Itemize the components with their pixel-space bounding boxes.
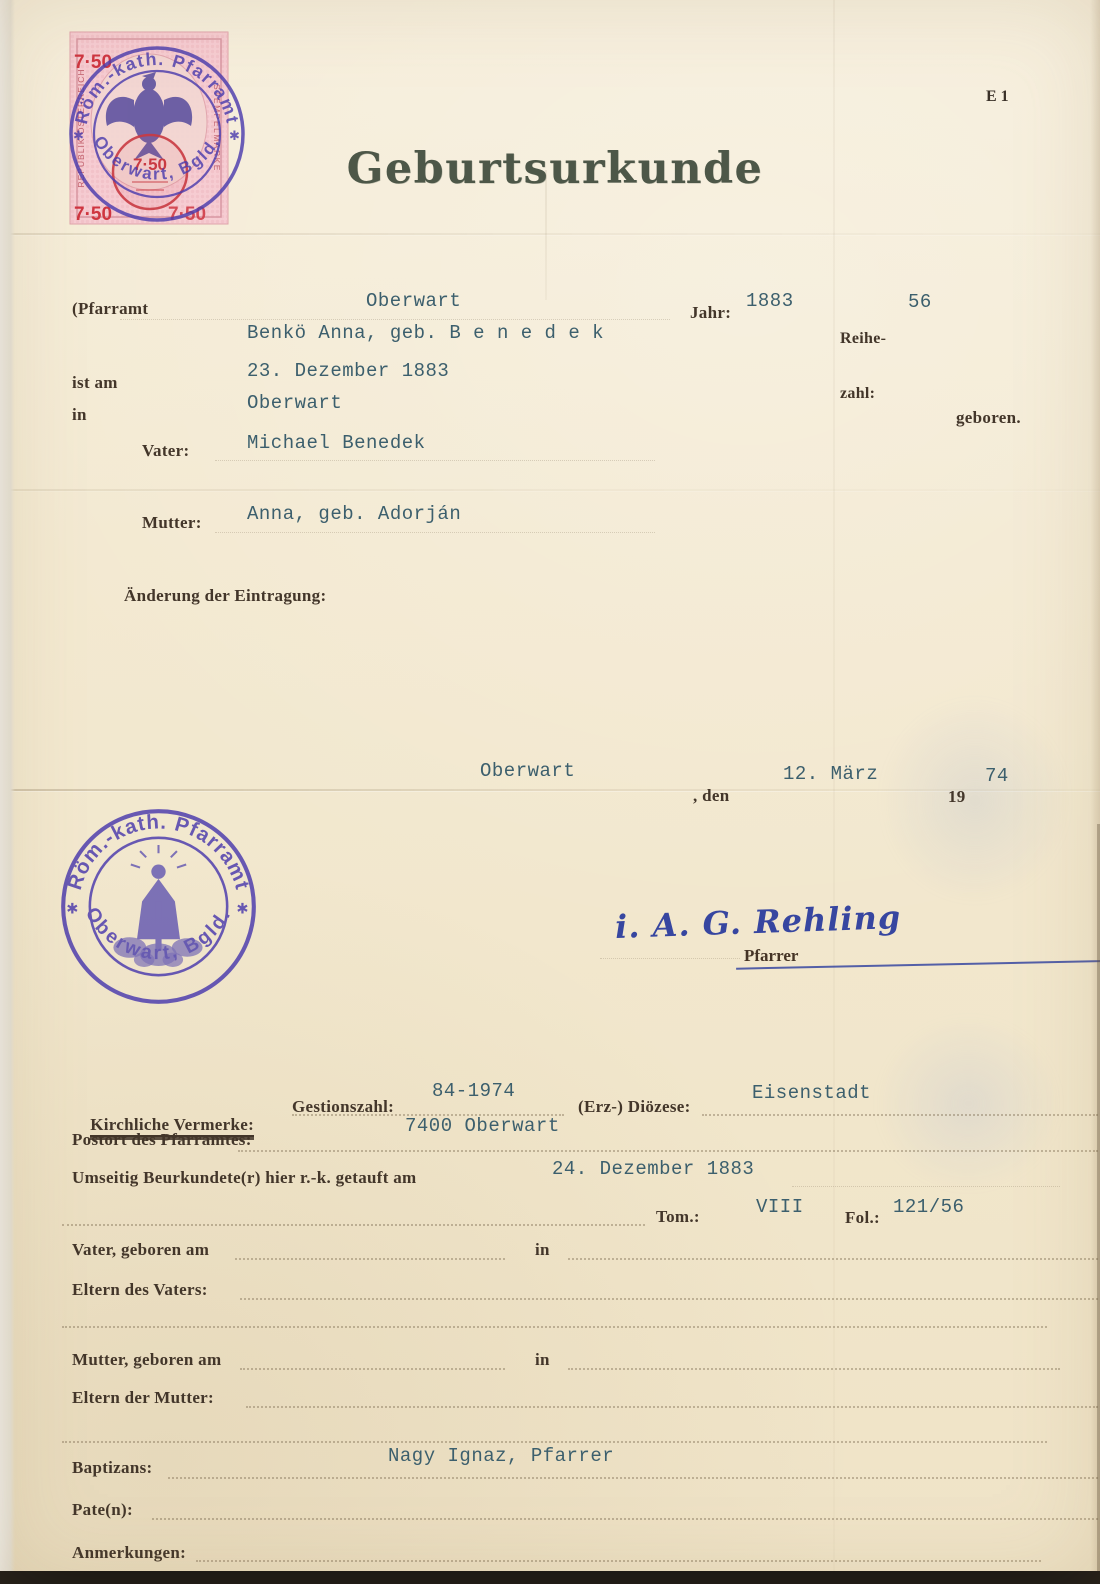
stamp-bleedthrough-ghost: [876, 1016, 1061, 1191]
fol-label: Fol.:: [845, 1208, 880, 1228]
fill-line: [792, 1186, 1060, 1187]
anmerkungen-label: Anmerkungen:: [72, 1543, 186, 1563]
fill-line: [240, 1368, 505, 1370]
reihezahl-value: 56: [908, 291, 932, 313]
gestionszahl-value: 84-1974: [432, 1080, 515, 1102]
in-label: in: [535, 1240, 550, 1260]
fill-line: [168, 1477, 1098, 1479]
getauft-value: 24. Dezember 1883: [552, 1158, 754, 1180]
baptizans-label: Baptizans:: [72, 1458, 152, 1478]
form-code: E 1: [986, 88, 1009, 106]
vater-label: Vater:: [142, 441, 189, 461]
fol-value: 121/56: [893, 1196, 964, 1218]
star-glyph: ✱: [229, 128, 240, 143]
year-suffix-value: 74: [985, 765, 1009, 787]
scanner-edge-strip: [0, 0, 15, 1584]
issue-date-value: 12. März: [783, 763, 878, 785]
ist-am-label: ist am: [72, 373, 118, 393]
svg-text:7·50: 7·50: [74, 204, 112, 225]
fill-line: [62, 1441, 1047, 1443]
vater-value: Michael Benedek: [247, 432, 426, 454]
postort-value: 7400 Oberwart: [405, 1115, 560, 1137]
fill-line: [196, 1560, 1041, 1562]
pfarramt-value: Oberwart: [366, 290, 461, 312]
fill-line: [62, 1224, 645, 1226]
fill-line: [238, 1150, 1098, 1152]
birth-date-value: 23. Dezember 1883: [247, 360, 449, 382]
fill-line: [215, 460, 655, 461]
getauft-label: Umseitig Beurkundete(r) hier r.-k. getau…: [72, 1168, 417, 1188]
fold-crease: [0, 489, 1100, 491]
eltern-vaters-label: Eltern des Vaters:: [72, 1280, 208, 1300]
jahr-label: Jahr:: [690, 303, 731, 323]
signature-handwriting: i. A. G. Rehling: [614, 898, 901, 946]
issue-place-value: Oberwart: [480, 760, 575, 782]
fill-line: [246, 1406, 1098, 1408]
mutter-value: Anna, geb. Adorján: [247, 503, 461, 525]
fill-line: [568, 1368, 1060, 1370]
tom-value: VIII: [756, 1196, 804, 1218]
scanner-bottom-bar: [0, 1571, 1100, 1584]
in-label: in: [535, 1350, 550, 1370]
fill-line: [215, 532, 655, 533]
fill-line: [152, 1518, 1098, 1520]
parish-round-stamp: Röm.-kath. Pfarramt Oberwart, Bgld. ✱ ✱: [56, 804, 261, 1009]
jahr-value: 1883: [746, 290, 794, 312]
year-prefix-label: 19: [948, 787, 966, 807]
geboren-label: geboren.: [956, 408, 1021, 428]
paten-label: Pate(n):: [72, 1500, 133, 1520]
signature-role-label: Pfarrer: [744, 946, 1100, 966]
dioezese-value: Eisenstadt: [752, 1082, 871, 1104]
postort-label: Postort des Pfarramtes:: [72, 1130, 252, 1150]
mutter-label: Mutter:: [142, 513, 202, 533]
fill-line: [240, 1298, 1098, 1300]
fill-line: [702, 1114, 1098, 1116]
stamp-bleedthrough-ghost: [880, 698, 1070, 903]
fill-line: [235, 1258, 505, 1260]
pfarramt-label: (Pfarramt: [72, 299, 148, 319]
star-glyph: ✱: [236, 902, 248, 918]
madonna-emblem: [113, 845, 202, 967]
in-label: in: [72, 405, 87, 425]
scanned-document: REPUBLIK ÖSTERREICH STEMPELMARKE 7·50 7·…: [0, 0, 1100, 1584]
fill-line: [62, 1326, 1047, 1328]
document-title: Geburtsurkunde: [347, 144, 764, 194]
birth-place-value: Oberwart: [247, 392, 342, 414]
star-glyph: ✱: [73, 128, 84, 143]
fill-line: [568, 1258, 1098, 1260]
baptizans-value: Nagy Ignaz, Pfarrer: [388, 1445, 614, 1467]
fold-crease: [833, 0, 835, 1584]
reihezahl-label: Reihe- zahl:: [840, 293, 886, 440]
den-label: , den: [693, 786, 729, 806]
fill-line: [120, 319, 670, 320]
mutter-geboren-label: Mutter, geboren am: [72, 1350, 221, 1370]
eltern-mutter-label: Eltern der Mutter:: [72, 1388, 214, 1408]
revenue-stamp: REPUBLIK ÖSTERREICH STEMPELMARKE 7·50 7·…: [50, 24, 265, 249]
dioezese-label: (Erz-) Diözese:: [578, 1097, 691, 1117]
star-glyph: ✱: [66, 902, 78, 918]
aenderung-label: Änderung der Eintragung:: [124, 586, 326, 606]
tom-label: Tom.:: [656, 1207, 700, 1227]
person-name-value: Benkö Anna, geb. B e n e d e k: [247, 322, 604, 344]
vater-geboren-label: Vater, geboren am: [72, 1240, 209, 1260]
signature-line: [600, 958, 740, 959]
